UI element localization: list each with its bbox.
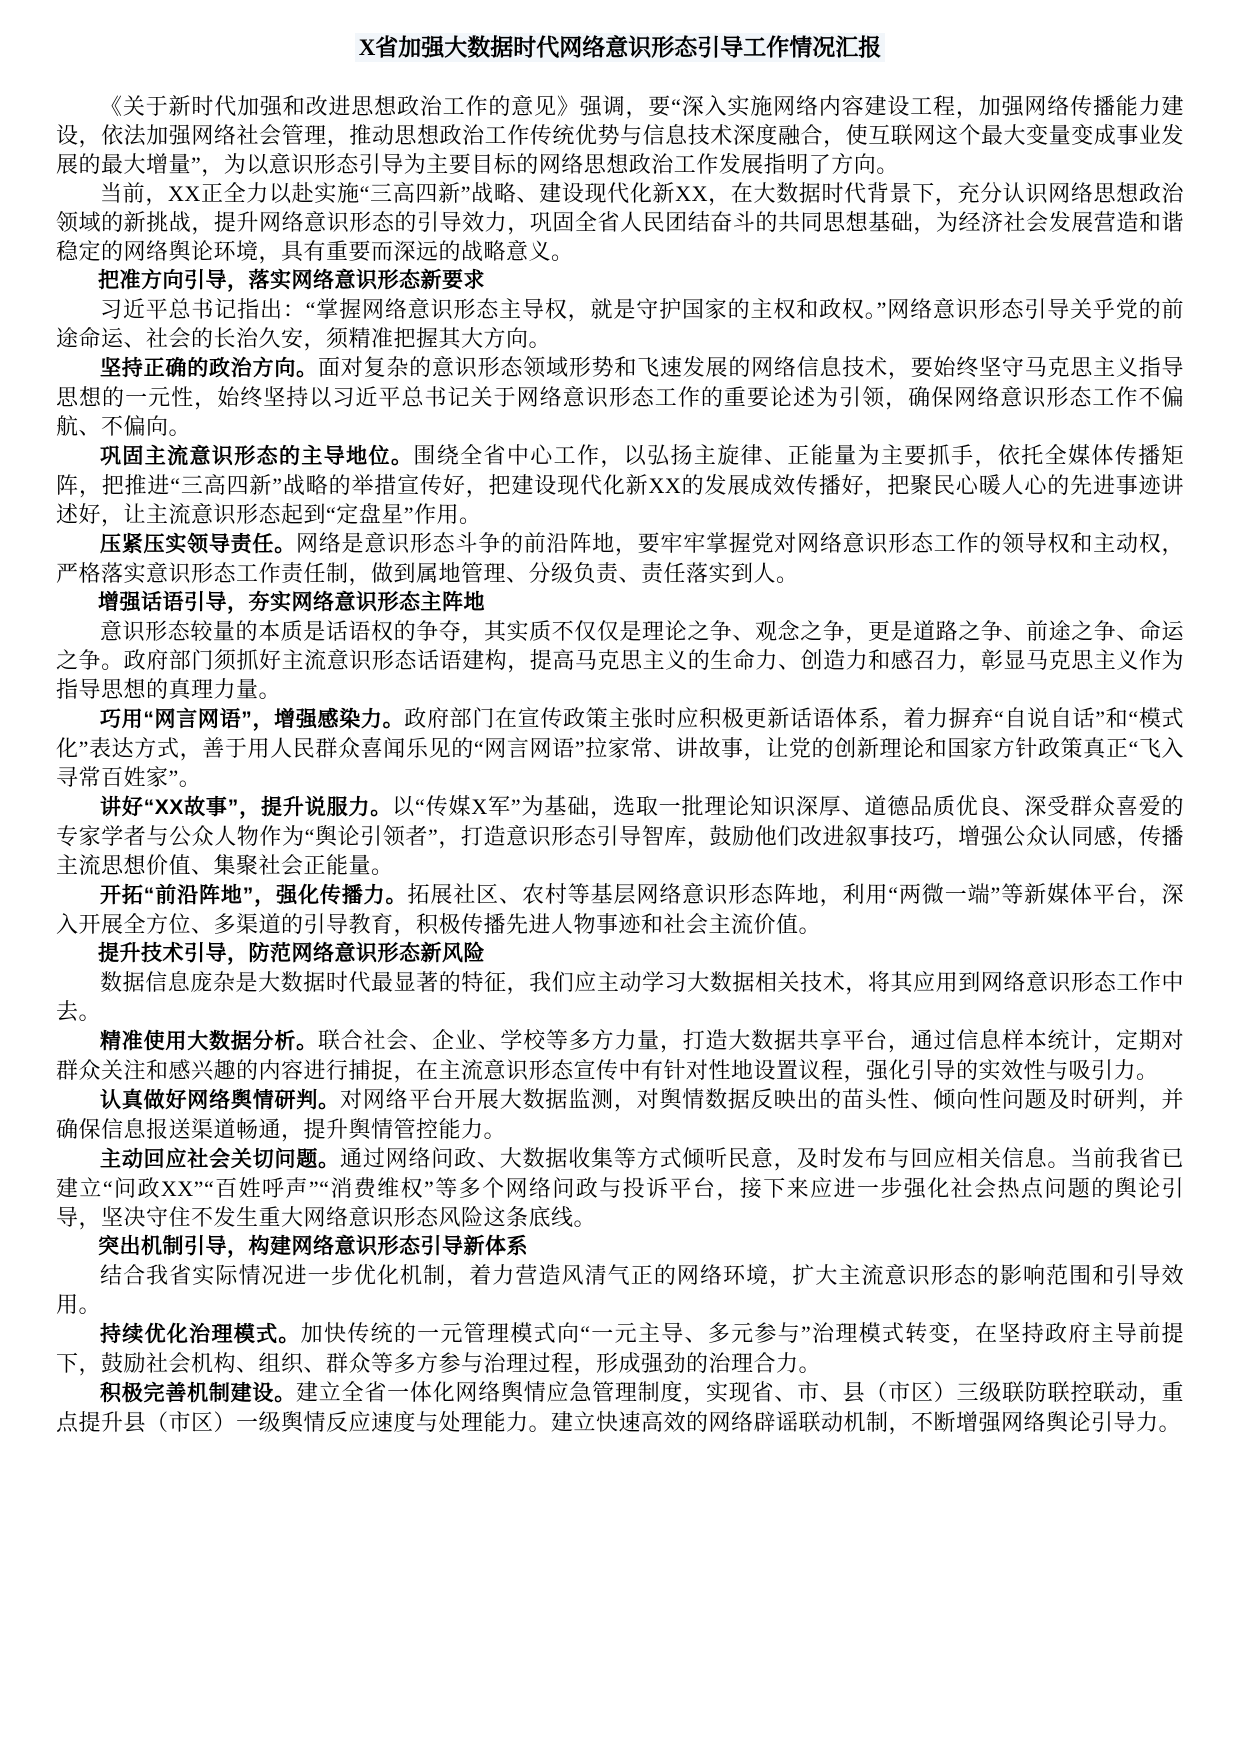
paragraph: 当前，XX正全力以赴实施“三高四新”战略、建设现代化新XX，在大数据时代背景下，…: [56, 179, 1184, 266]
paragraph: 意识形态较量的本质是话语权的争夺，其实质不仅仅是理论之争、观念之争，更是道路之争…: [56, 617, 1184, 704]
document-title: X省加强大数据时代网络意识形态引导工作情况汇报: [56, 32, 1184, 64]
paragraph-lead: 积极完善机制建设。: [100, 1382, 296, 1405]
paragraph-lead: 坚持正确的政治方向。: [100, 357, 318, 380]
paragraph-lead: 认真做好网络舆情研判。: [100, 1089, 340, 1112]
paragraph-lead: 讲好“XX故事”，提升说服力。: [100, 796, 392, 819]
paragraph: 结合我省实际情况进一步优化机制，着力营造风清气正的网络环境，扩大主流意识形态的影…: [56, 1261, 1184, 1319]
document-title-text: X省加强大数据时代网络意识形态引导工作情况汇报: [355, 33, 886, 62]
paragraph-lead: 巩固主流意识形态的主导地位。: [100, 445, 413, 468]
paragraph-lead: 巧用“网言网语”，增强感染力。: [100, 708, 404, 731]
paragraph: 讲好“XX故事”，提升说服力。以“传媒X军”为基础，选取一批理论知识深厚、道德品…: [56, 792, 1184, 880]
paragraph: 坚持正确的政治方向。面对复杂的意识形态领域形势和飞速发展的网络信息技术，要始终坚…: [56, 353, 1184, 441]
paragraph: 持续优化治理模式。加快传统的一元管理模式向“一元主导、多元参与”治理模式转变，在…: [56, 1319, 1184, 1378]
paragraph-lead: 持续优化治理模式。: [100, 1323, 301, 1346]
paragraph: 习近平总书记指出：“掌握网络意识形态主导权，就是守护国家的主权和政权。”网络意识…: [56, 295, 1184, 353]
paragraph: 巧用“网言网语”，增强感染力。政府部门在宣传政策主张时应积极更新话语体系，着力摒…: [56, 704, 1184, 792]
paragraph: 巩固主流意识形态的主导地位。围绕全省中心工作，以弘扬主旋律、正能量为主要抓手，依…: [56, 441, 1184, 529]
paragraph-lead: 精准使用大数据分析。: [100, 1030, 318, 1053]
paragraph: 积极完善机制建设。建立全省一体化网络舆情应急管理制度，实现省、市、县（市区）三级…: [56, 1378, 1184, 1437]
paragraph: 精准使用大数据分析。联合社会、企业、学校等多方力量，打造大数据共享平台，通过信息…: [56, 1026, 1184, 1085]
document-page: X省加强大数据时代网络意识形态引导工作情况汇报 《关于新时代加强和改进思想政治工…: [0, 0, 1240, 1754]
paragraph: 数据信息庞杂是大数据时代最显著的特征，我们应主动学习大数据相关技术，将其应用到网…: [56, 968, 1184, 1026]
section-heading: 提升技术引导，防范网络意识形态新风险: [56, 939, 1184, 968]
section-heading: 突出机制引导，构建网络意识形态引导新体系: [56, 1232, 1184, 1261]
paragraph: 压紧压实领导责任。网络是意识形态斗争的前沿阵地，要牢牢掌握党对网络意识形态工作的…: [56, 529, 1184, 588]
paragraph: 开拓“前沿阵地”，强化传播力。拓展社区、农村等基层网络意识形态阵地，利用“两微一…: [56, 880, 1184, 939]
paragraph-lead: 主动回应社会关切问题。: [100, 1148, 340, 1171]
paragraph: 《关于新时代加强和改进思想政治工作的意见》强调，要“深入实施网络内容建设工程，加…: [56, 92, 1184, 179]
paragraph-lead: 开拓“前沿阵地”，强化传播力。: [100, 884, 407, 907]
document-body: 《关于新时代加强和改进思想政治工作的意见》强调，要“深入实施网络内容建设工程，加…: [56, 92, 1184, 1437]
paragraph: 主动回应社会关切问题。通过网络问政、大数据收集等方式倾听民意，及时发布与回应相关…: [56, 1144, 1184, 1232]
section-heading: 把准方向引导，落实网络意识形态新要求: [56, 266, 1184, 295]
section-heading: 增强话语引导，夯实网络意识形态主阵地: [56, 588, 1184, 617]
paragraph: 认真做好网络舆情研判。对网络平台开展大数据监测，对舆情数据反映出的苗头性、倾向性…: [56, 1085, 1184, 1144]
paragraph-lead: 压紧压实领导责任。: [100, 533, 296, 556]
